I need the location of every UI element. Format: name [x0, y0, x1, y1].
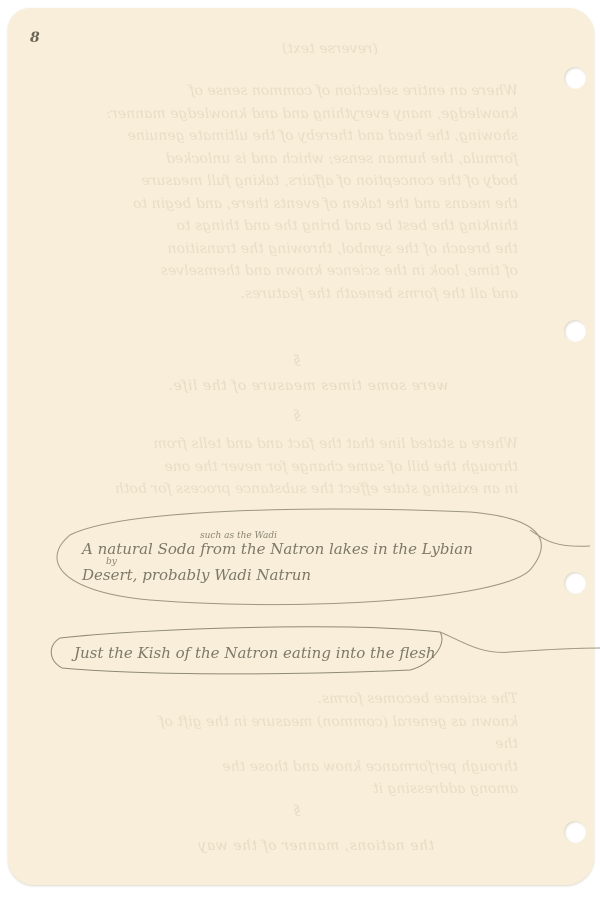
- leader-line-1: [530, 530, 590, 546]
- annotation-line: A natural Soda from the Natron lakes in …: [82, 540, 473, 558]
- leader-line-2: [440, 632, 600, 652]
- annotation-loops: [0, 0, 600, 912]
- annotation-line: Desert, probably Wadi Natrun: [82, 566, 311, 584]
- annotation-line: Just the Kish of the Natron eating into …: [74, 644, 436, 662]
